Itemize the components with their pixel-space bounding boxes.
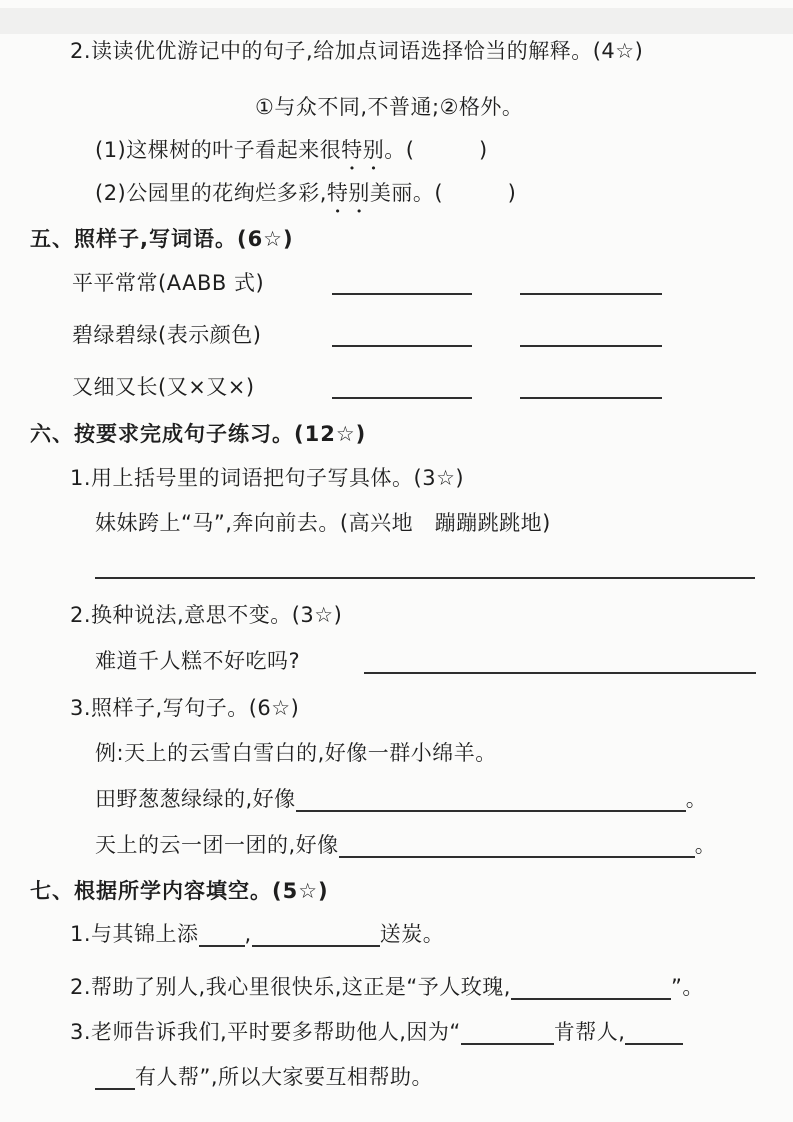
q2-options-text: ①与众不同,不普通;②格外。 (255, 95, 523, 119)
scan-shading (0, 8, 793, 34)
section6-q2-question: 难道千人糕不好吃吗? (95, 649, 300, 673)
q2-options: ①与众不同,不普通;②格外。 (255, 92, 523, 122)
section5-row-color: 碧绿碧绿(表示颜色) (0, 320, 793, 350)
answer-blank[interactable] (461, 1041, 554, 1045)
q2-item1-pre: (1)这棵树的叶子看起来很 (95, 138, 341, 162)
section6-q1-title: 1.用上括号里的词语把句子写具体。(3☆) (70, 463, 464, 493)
answer-blank[interactable] (95, 1086, 135, 1090)
answer-blank[interactable] (520, 293, 662, 295)
q2-header-text: 2.读读优优游记中的句子,给加点词语选择恰当的解释。(4☆) (70, 39, 643, 63)
section6-q2-line: 难道千人糕不好吃吗? (95, 646, 756, 676)
answer-blank[interactable] (520, 345, 662, 347)
section6-heading-text: 六、按要求完成句子练习。(12☆) (30, 422, 366, 446)
section6-q2-title-text: 2.换种说法,意思不变。(3☆) (70, 603, 342, 627)
section7-item2-pre: 2.帮助了别人,我心里很快乐,这正是“予人玫瑰, (70, 975, 511, 999)
answer-blank[interactable] (339, 854, 695, 858)
answer-blank[interactable] (511, 996, 671, 1000)
answer-blank[interactable] (625, 1041, 683, 1045)
answer-blank[interactable] (364, 670, 756, 674)
section6-q3-title: 3.照样子,写句子。(6☆) (70, 693, 299, 723)
answer-blank[interactable] (296, 808, 686, 812)
q2-header: 2.读读优优游记中的句子,给加点词语选择恰当的解释。(4☆) (70, 36, 643, 66)
section6-heading: 六、按要求完成句子练习。(12☆) (30, 419, 366, 449)
answer-blank[interactable] (199, 943, 245, 947)
q2-item1-emphasized-word: 特别 (341, 138, 384, 162)
answer-blank[interactable] (332, 293, 472, 295)
q2-item1-answer-parens[interactable]: 。( ) (384, 138, 487, 162)
answer-blank[interactable] (252, 943, 380, 947)
section5-row-youxyoux: 又细又长(又×又×) (0, 372, 793, 402)
section6-q3-line1: 田野葱葱绿绿的,好像。 (95, 784, 707, 814)
section7-item1-pre: 1.与其锦上添 (70, 922, 199, 946)
q2-item2-answer-parens[interactable]: 美丽。( ) (370, 181, 516, 205)
answer-blank[interactable] (332, 397, 472, 399)
section7-item2-post: ”。 (671, 975, 704, 999)
answer-blank[interactable] (95, 577, 755, 579)
section7-item1-post: 送炭。 (380, 922, 445, 946)
answer-blank[interactable] (520, 397, 662, 399)
section7-item1: 1.与其锦上添,送炭。 (70, 919, 444, 949)
section5-row-aabb: 平平常常(AABB 式) (0, 268, 793, 298)
section6-q3-example-text: 例:天上的云雪白雪白的,好像一群小绵羊。 (95, 741, 497, 765)
section6-q1-title-text: 1.用上括号里的词语把句子写具体。(3☆) (70, 466, 464, 490)
worksheet-page: { "page": { "ink": "#1e1e1e", "paper": "… (0, 0, 793, 1122)
section7-heading-text: 七、根据所学内容填空。(5☆) (30, 879, 329, 903)
section7-heading: 七、根据所学内容填空。(5☆) (30, 876, 329, 906)
section6-q3-line1-pre: 田野葱葱绿绿的,好像 (95, 787, 296, 811)
section6-q3-line2: 天上的云一团一团的,好像。 (95, 830, 716, 860)
section7-item3: 3.老师告诉我们,平时要多帮助他人,因为“肯帮人, (70, 1017, 683, 1047)
section6-q3-line1-period: 。 (686, 787, 708, 811)
section7-item3-cont-text: 有人帮”,所以大家要互相帮助。 (135, 1065, 433, 1089)
q2-item2: (2)公园里的花绚烂多彩,特别美丽。( ) (95, 178, 516, 218)
section5-row1-label: 平平常常(AABB 式) (72, 271, 264, 295)
section6-q2-title: 2.换种说法,意思不变。(3☆) (70, 600, 342, 630)
section6-q3-title-text: 3.照样子,写句子。(6☆) (70, 696, 299, 720)
q2-item2-emphasized-word: 特别 (327, 181, 370, 205)
section5-row2-label: 碧绿碧绿(表示颜色) (72, 323, 261, 347)
section7-item1-comma: , (245, 922, 252, 946)
q2-item1: (1)这棵树的叶子看起来很特别。( ) (95, 135, 488, 175)
answer-blank[interactable] (332, 345, 472, 347)
section6-q3-example: 例:天上的云雪白雪白的,好像一群小绵羊。 (95, 738, 497, 768)
section7-item3-mid: 肯帮人, (554, 1020, 626, 1044)
section7-item3-continuation: 有人帮”,所以大家要互相帮助。 (95, 1062, 433, 1092)
section5-heading-text: 五、照样子,写词语。(6☆) (30, 227, 294, 251)
section6-q3-line2-period: 。 (695, 833, 717, 857)
section5-row3-label: 又细又长(又×又×) (72, 375, 255, 399)
section6-q1-sentence: 妹妹跨上“马”,奔向前去。(高兴地 蹦蹦跳跳地) (95, 508, 551, 538)
section7-item3-pre: 3.老师告诉我们,平时要多帮助他人,因为“ (70, 1020, 461, 1044)
section6-q1-sentence-text: 妹妹跨上“马”,奔向前去。(高兴地 蹦蹦跳跳地) (95, 511, 551, 535)
section5-heading: 五、照样子,写词语。(6☆) (30, 224, 294, 254)
section6-q3-line2-pre: 天上的云一团一团的,好像 (95, 833, 339, 857)
q2-item2-pre: (2)公园里的花绚烂多彩, (95, 181, 327, 205)
section7-item2: 2.帮助了别人,我心里很快乐,这正是“予人玫瑰,”。 (70, 972, 704, 1002)
